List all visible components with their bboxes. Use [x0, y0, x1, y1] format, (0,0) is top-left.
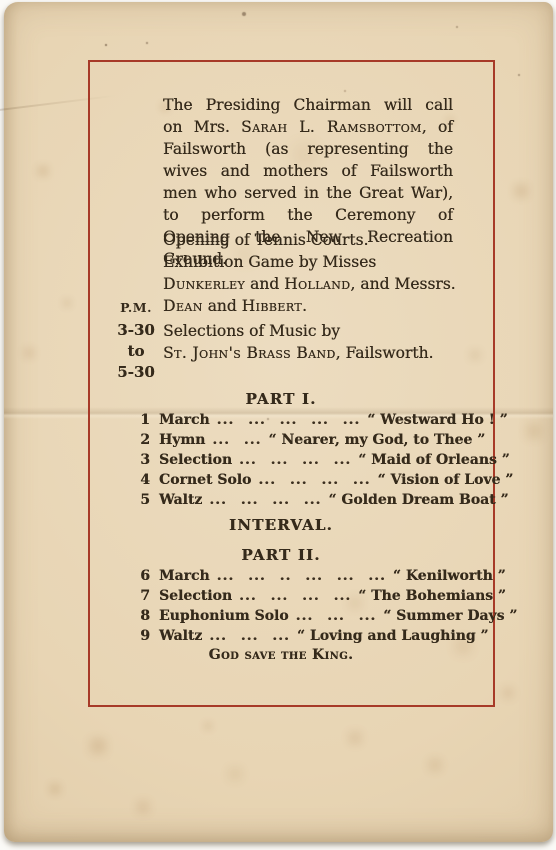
programme-item: 1March... ... ... ... ...“ Westward Ho !…	[136, 410, 466, 430]
item-label: Cornet Solo	[159, 472, 251, 488]
programme-item: 6March... ... .. ... ... ...“ Kenilworth…	[136, 566, 466, 586]
foxing-stains	[4, 2, 6, 4]
item-leader-dots: ... ... ... ... ...	[217, 412, 361, 428]
item-number: 7	[136, 586, 150, 606]
part2-items: 6March... ... .. ... ... ...“ Kenilworth…	[136, 566, 466, 646]
item-label: March	[159, 568, 210, 584]
item-label: Waltz	[159, 492, 202, 508]
time-connector: to	[108, 341, 164, 362]
item-number: 1	[136, 410, 150, 430]
item-number: 6	[136, 566, 150, 586]
item-leader-dots: ... ... .. ... ... ...	[217, 568, 386, 584]
item-title: “ Nearer, my God, to Thee ”	[268, 432, 485, 448]
anthem-line: God save the King.	[76, 647, 486, 663]
time-end: 5-30	[108, 362, 164, 383]
item-number: 2	[136, 430, 150, 450]
programme-item: 8Euphonium Solo... ... ...“ Summer Days …	[136, 606, 466, 626]
part1-heading: PART I.	[76, 390, 486, 408]
item-label: Hymn	[159, 432, 205, 448]
programme-item: 7Selection... ... ... ...“ The Bohemians…	[136, 586, 466, 606]
programme-card: The Presiding Chairman will call on Mrs.…	[4, 2, 553, 842]
pm-label: P.M.	[108, 300, 164, 315]
item-label: Selection	[159, 588, 232, 604]
item-leader-dots: ... ... ...	[209, 628, 290, 644]
programme-item: 5Waltz... ... ... ...“ Golden Dream Boat…	[136, 490, 466, 510]
item-title: “ Kenilworth ”	[393, 568, 506, 584]
band-section: Selections of Music by St. John's Brass …	[163, 320, 463, 364]
item-title: “ Golden Dream Boat ”	[328, 492, 508, 508]
interval-heading: INTERVAL.	[76, 516, 486, 534]
tennis-exhibition-line: Exhibition Game by Misses Dunkerley and …	[163, 251, 463, 317]
programme-item: 4Cornet Solo... ... ... ...“ Vision of L…	[136, 470, 466, 490]
item-label: March	[159, 412, 210, 428]
item-title: “ Vision of Love ”	[378, 472, 514, 488]
item-label: Selection	[159, 452, 232, 468]
programme-item: 9Waltz... ... ...“ Loving and Laughing ”	[136, 626, 466, 646]
item-leader-dots: ... ... ... ...	[239, 452, 351, 468]
item-leader-dots: ... ...	[212, 432, 261, 448]
item-title: “ Summer Days ”	[383, 608, 517, 624]
item-leader-dots: ... ... ...	[296, 608, 377, 624]
item-label: Euphonium Solo	[159, 608, 289, 624]
item-title: “ The Bohemians ”	[358, 588, 506, 604]
item-number: 5	[136, 490, 150, 510]
part1-items: 1March... ... ... ... ...“ Westward Ho !…	[136, 410, 466, 510]
time-range: 3-30 to 5-30	[108, 320, 164, 383]
item-leader-dots: ... ... ... ...	[239, 588, 351, 604]
time-start: 3-30	[108, 320, 164, 341]
item-number: 3	[136, 450, 150, 470]
programme-item: 3Selection... ... ... ...“ Maid of Orlea…	[136, 450, 466, 470]
item-title: “ Westward Ho ! ”	[367, 412, 507, 428]
tennis-section: Opening of Tennis Courts. Exhibition Gam…	[163, 229, 463, 317]
item-number: 9	[136, 626, 150, 646]
ink-specks	[4, 2, 6, 4]
item-leader-dots: ... ... ... ...	[258, 472, 370, 488]
band-line-1: Selections of Music by	[163, 320, 463, 342]
band-line-2: St. John's Brass Band, Failsworth.	[163, 342, 463, 364]
programme-item: 2Hymn... ...“ Nearer, my God, to Thee ”	[136, 430, 466, 450]
item-label: Waltz	[159, 628, 202, 644]
item-number: 8	[136, 606, 150, 626]
item-title: “ Maid of Orleans ”	[358, 452, 510, 468]
item-number: 4	[136, 470, 150, 490]
tennis-opening-line: Opening of Tennis Courts.	[163, 229, 463, 251]
item-leader-dots: ... ... ... ...	[209, 492, 321, 508]
item-title: “ Loving and Laughing ”	[297, 628, 489, 644]
part2-heading: PART II.	[76, 546, 486, 564]
